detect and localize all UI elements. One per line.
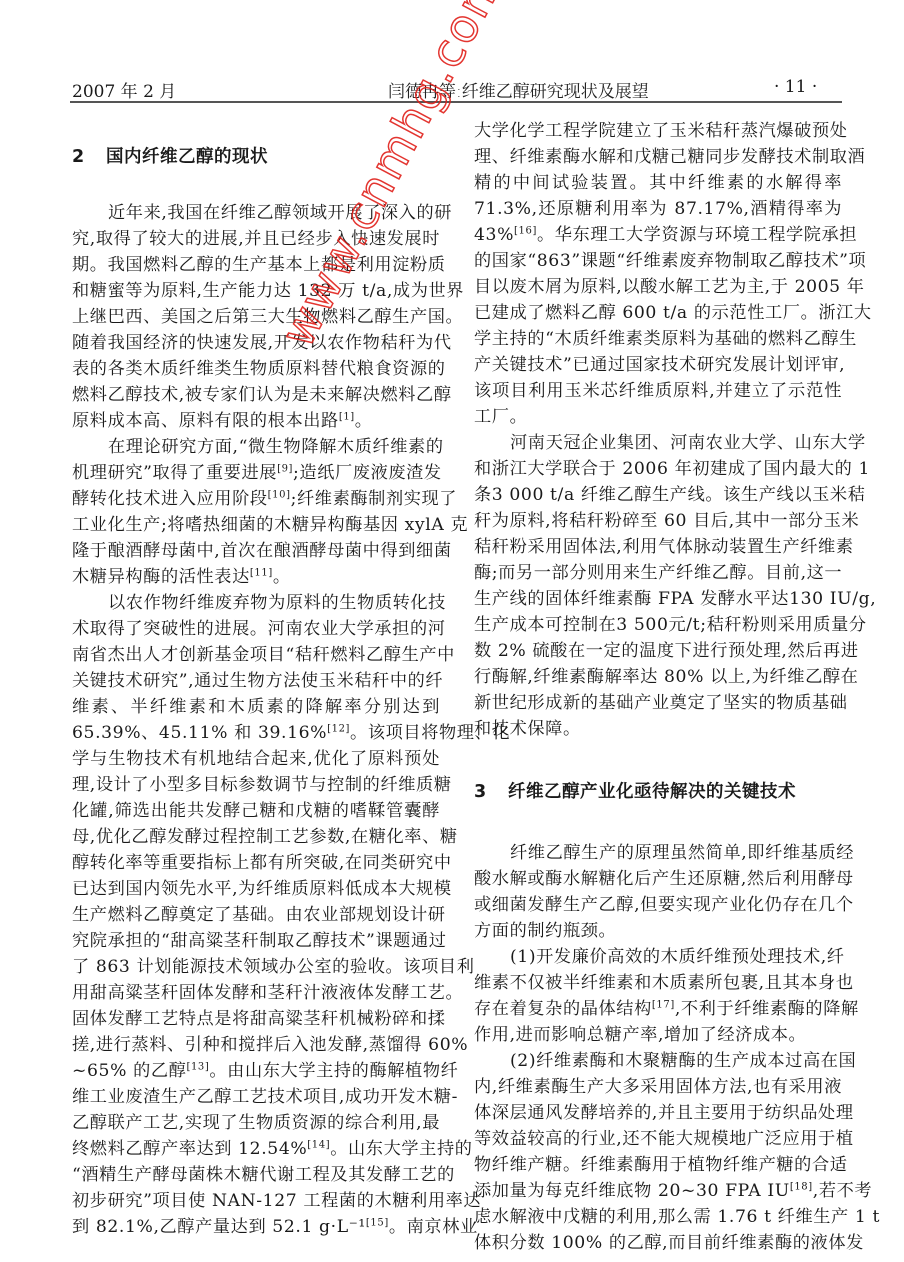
text-line: 和糖蜜等为原料,生产能力达 132 万 t/a,成为世界 [72, 278, 440, 304]
text-line: 表的各类木质纤维类生物质原料替代粮食资源的 [72, 356, 440, 382]
running-header: 2007 年 2 月 闫德冉等:纤维乙醇研究现状及展望 · 11 · [70, 74, 842, 104]
text-line: 母,优化乙醇发酵过程控制工艺参数,在糖化率、糖 [72, 824, 440, 850]
text-line: 纤维乙醇生产的原理虽然简单,即纤维基质经 [474, 840, 842, 866]
text-line: 71.3%,还原糖利用率为 87.17%,酒精得率为 [474, 196, 842, 222]
text-line: 体积分数 100% 的乙醇,而目前纤维素酶的液体发 [474, 1230, 842, 1256]
text-line: 数 2% 硫酸在一定的温度下进行预处理,然后再进 [474, 638, 842, 664]
text-line: 添加量为每克纤维底物 20~30 FPA IU[18],若不考 [474, 1178, 842, 1204]
section-3-heading: 3纤维乙醇产业化亟待解决的关键技术 [474, 778, 796, 803]
text-line: 生产燃料乙醇奠定了基础。由农业部规划设计研 [72, 902, 440, 928]
text-line: 65.39%、45.11% 和 39.16%[12]。该项目将物理、化 [72, 720, 440, 746]
citation-ref: [12] [327, 723, 350, 734]
text-line: 化罐,筛选出能共发酵己糖和戊糖的嗜鞣管囊酵 [72, 798, 440, 824]
text-line: 醇转化率等重要指标上都有所突破,在同类研究中 [72, 850, 440, 876]
text-line: 大学化学工程学院建立了玉米秸秆蒸汽爆破预处 [474, 118, 842, 144]
citation-ref: [14] [307, 1139, 330, 1150]
citation-ref: [15] [366, 1217, 389, 1228]
section-2-heading: 2国内纤维乙醇的现状 [72, 143, 268, 168]
text-line: 酸水解或酶水解糖化后产生还原糖,然后利用酵母 [474, 866, 842, 892]
text-line: 木糖异构酶的活性表达[11]。 [72, 564, 440, 590]
text-line: 体深层通风发酵培养的,并且主要用于纺织品处理 [474, 1100, 842, 1126]
text-line: 近年来,我国在纤维乙醇领域开展了深入的研 [72, 200, 440, 226]
text-line: 条3 000 t/a 纤维乙醇生产线。该生产线以玉米秸 [474, 482, 842, 508]
text-line: 内,纤维素酶生产大多采用固体方法,也有采用液 [474, 1074, 842, 1100]
text-line: 关键技术研究”,通过生物方法使玉米秸秆中的纤 [72, 668, 440, 694]
text-line: 存在着复杂的晶体结构[17],不利于纤维素酶的降解 [474, 996, 842, 1022]
text-line: 理、纤维素酶水解和戊糖己糖同步发酵技术制取酒 [474, 144, 842, 170]
citation-ref: [1] [339, 411, 355, 422]
citation-ref: [9] [277, 463, 293, 474]
text-line: 究,取得了较大的进展,并且已经步入快速发展时 [72, 226, 440, 252]
text-line: 虑水解液中戊糖的利用,那么需 1.76 t 纤维生产 1 t [474, 1204, 842, 1230]
text-line: 理,设计了小型多目标参数调节与控制的纤维质糖 [72, 772, 440, 798]
text-line: 南省杰出人才创新基金项目“秸秆燃料乙醇生产中 [72, 642, 440, 668]
citation-ref: [16] [514, 225, 537, 236]
text-line: 已建成了燃料乙醇 600 t/a 的示范性工厂。浙江大 [474, 300, 842, 326]
text-line: 行酶解,纤维素酶解率达 80% 以上,为纤维乙醇在 [474, 664, 842, 690]
section-title: 国内纤维乙醇的现状 [106, 147, 268, 167]
section-title: 纤维乙醇产业化亟待解决的关键技术 [508, 782, 796, 802]
citation-ref: [11] [250, 567, 273, 578]
text-line: 目以废木屑为原料,以酸水解工艺为主,于 2005 年 [474, 274, 842, 300]
text-line: 维素、半纤维素和木质素的降解率分别达到 [72, 694, 440, 720]
text-line: “酒精生产酵母菌株木糖代谢工程及其发酵工艺的 [72, 1162, 440, 1188]
text-line: 精的中间试验装置。其中纤维素的水解得率 [474, 170, 842, 196]
text-line: 原料成本高、原料有限的根本出路[1]。 [72, 408, 440, 434]
text-line: 初步研究”项目使 NAN-127 工程菌的木糖利用率达 [72, 1188, 440, 1214]
issue-date: 2007 年 2 月 [72, 77, 176, 102]
text-line: 终燃料乙醇产率达到 12.54%[14]。山东大学主持的 [72, 1136, 440, 1162]
text-line: 和技术保障。 [474, 716, 842, 742]
text-line: 新世纪形成新的基础产业奠定了坚实的物质基础 [474, 690, 842, 716]
text-line: (2)纤维素酶和木聚糖酶的生产成本过高在国 [474, 1048, 842, 1074]
text-line: 秆为原料,将秸秆粉碎至 60 目后,其中一部分玉米 [474, 508, 842, 534]
text-line: 秸秆粉采用固体法,利用气体脉动装置生产纤维素 [474, 534, 842, 560]
text-line: 该项目利用玉米芯纤维质原料,并建立了示范性 [474, 378, 842, 404]
text-line: 方面的制约瓶颈。 [474, 918, 842, 944]
citation-ref: [10] [268, 489, 291, 500]
text-line: 工业化生产;将嗜热细菌的木糖异构酶基因 xylA 克 [72, 512, 440, 538]
citation-ref: [18] [790, 1181, 813, 1192]
text-line: 学主持的“木质纤维素类原料为基础的燃料乙醇生 [474, 326, 842, 352]
text-line: 期。我国燃料乙醇的生产基本上都是利用淀粉质 [72, 252, 440, 278]
text-line: 等效益较高的行业,还不能大规模地广泛应用于植 [474, 1126, 842, 1152]
text-line: 43%[16]。华东理工大学资源与环境工程学院承担 [474, 222, 842, 248]
text-line: 的国家“863”课题“纤维素废弃物制取乙醇技术”项 [474, 248, 842, 274]
text-line: 河南天冠企业集团、河南农业大学、山东大学 [474, 430, 842, 456]
citation-ref: [13] [186, 1061, 209, 1072]
text-line: ~65% 的乙醇[13]。由山东大学主持的酶解植物纤 [72, 1058, 440, 1084]
text-line: 以农作物纤维废弃物为原料的生物质转化技 [72, 590, 440, 616]
text-line: 生产成本可控制在3 500元/t;秸秆粉则采用质量分 [474, 612, 842, 638]
text-line: 燃料乙醇技术,被专家们认为是未来解决燃料乙醇 [72, 382, 440, 408]
text-line: 到 82.1%,乙醇产量达到 52.1 g·L⁻¹[15]。南京林业 [72, 1214, 440, 1240]
text-line: 或细菌发酵生产乙醇,但要实现产业化仍存在几个 [474, 892, 842, 918]
text-line: 维素不仅被半纤维素和木质素所包裹,且其本身也 [474, 970, 842, 996]
text-line: 工厂。 [474, 404, 842, 430]
text-line: 产关键技术”已通过国家技术研究发展计划评审, [474, 352, 842, 378]
text-line: 了 863 计划能源技术领域办公室的验收。该项目利 [72, 954, 440, 980]
text-line: 生产线的固体纤维素酶 FPA 发酵水平达130 IU/g, [474, 586, 842, 612]
text-line: 维工业废渣生产乙醇工艺技术项目,成功开发木糖- [72, 1084, 440, 1110]
citation-ref: [17] [652, 999, 675, 1010]
text-line: 已达到国内领先水平,为纤维质原料低成本大规模 [72, 876, 440, 902]
text-line: 和浙江大学联合于 2006 年初建成了国内最大的 1 [474, 456, 842, 482]
text-line: 在理论研究方面,“微生物降解木质纤维素的 [72, 434, 440, 460]
text-line: 酵转化技术进入应用阶段[10];纤维素酶制剂实现了 [72, 486, 440, 512]
text-line: 酶;而另一部分则用来生产纤维乙醇。目前,这一 [474, 560, 842, 586]
header-rule [70, 101, 842, 103]
text-line: 物纤维产糖。纤维素酶用于植物纤维产糖的合适 [474, 1152, 842, 1178]
text-line: 隆于酿酒酵母菌中,首次在酿酒酵母菌中得到细菌 [72, 538, 440, 564]
text-line: 乙醇联产工艺,实现了生物质资源的综合利用,最 [72, 1110, 440, 1136]
section-number: 2 [72, 147, 106, 167]
text-line: 作用,进而影响总糖产率,增加了经济成本。 [474, 1022, 842, 1048]
section-number: 3 [474, 782, 508, 802]
text-line: 搓,进行蒸料、引种和搅拌后入池发酵,蒸馏得 60% [72, 1032, 440, 1058]
text-line: 术取得了突破性的进展。河南农业大学承担的河 [72, 616, 440, 642]
text-line: 固体发酵工艺特点是将甜高粱茎秆机械粉碎和揉 [72, 1006, 440, 1032]
page-number: · 11 · [774, 77, 817, 97]
text-line: 随着我国经济的快速发展,开发以农作物秸秆为代 [72, 330, 440, 356]
text-line: 用甜高粱茎秆固体发酵和茎秆汁液液体发酵工艺。 [72, 980, 440, 1006]
text-line: 机理研究”取得了重要进展[9];造纸厂废液废渣发 [72, 460, 440, 486]
running-title: 闫德冉等:纤维乙醇研究现状及展望 [388, 77, 649, 102]
text-line: (1)开发廉价高效的木质纤维预处理技术,纤 [474, 944, 842, 970]
text-line: 学与生物技术有机地结合起来,优化了原料预处 [72, 746, 440, 772]
text-line: 究院承担的“甜高粱茎秆制取乙醇技术”课题通过 [72, 928, 440, 954]
text-line: 上继巴西、美国之后第三大生物燃料乙醇生产国。 [72, 304, 440, 330]
